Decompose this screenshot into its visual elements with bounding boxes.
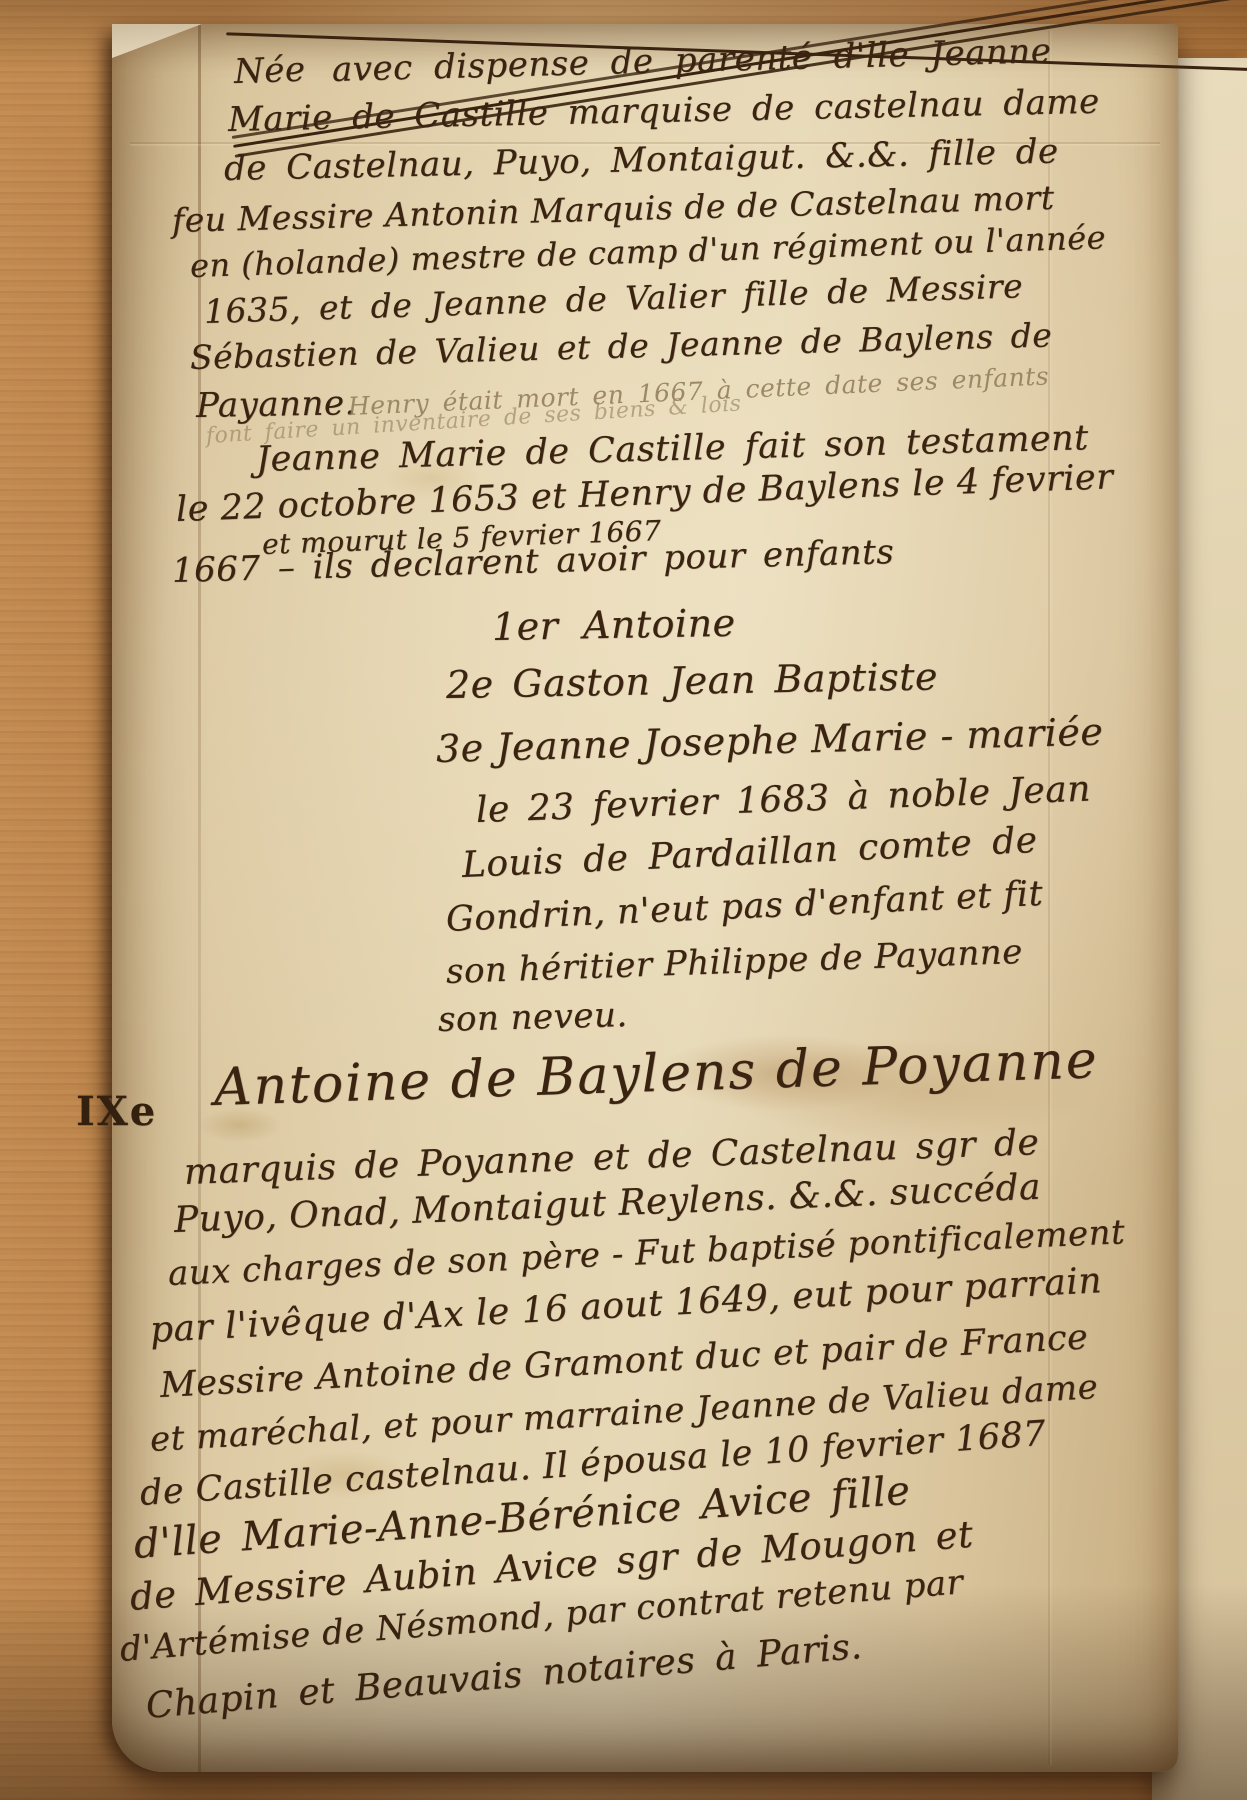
child-list-item-2: 2e Gaston Jean Baptiste xyxy=(446,654,939,707)
paper-crease xyxy=(1048,30,1050,1765)
manuscript-photo: Née avec dispense de parenté d'lle Jeann… xyxy=(0,0,1247,1800)
section-marker-ix: IXe xyxy=(76,1088,157,1135)
child-list-item-1: 1er Antoine xyxy=(492,601,736,649)
handwritten-line: son neveu. xyxy=(437,995,628,1040)
